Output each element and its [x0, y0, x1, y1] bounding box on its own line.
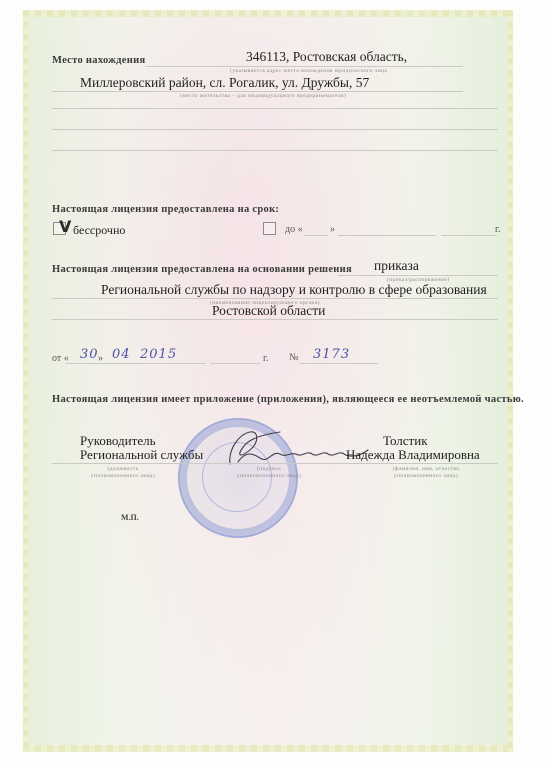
order-year-suffix: г. — [263, 353, 268, 364]
name-hint: (фамилия, имя, отчество уполномоченного … — [386, 466, 466, 480]
basis-label: Настоящая лицензия предоставлена на осно… — [52, 264, 352, 275]
location-hint-1: (указывается адрес места нахождения юрид… — [230, 68, 387, 75]
position-hint: (должность уполномоченного лица) — [88, 466, 158, 480]
until-mid: » — [330, 224, 335, 235]
location-rule-2 — [52, 91, 463, 92]
decorative-border-bottom — [23, 745, 513, 752]
signatory-position-2: Региональной службы — [80, 447, 203, 463]
signature-rule — [52, 463, 498, 464]
location-rule-1 — [145, 66, 463, 67]
decorative-border-right — [508, 10, 513, 752]
until-year-rule — [441, 235, 497, 236]
signature-hint-line-2: уполномоченного лица) — [234, 473, 304, 480]
term-label: Настоящая лицензия предоставлена на срок… — [52, 204, 279, 215]
authority-rule-2 — [52, 319, 498, 320]
position-hint-line-1: (должность — [88, 466, 158, 473]
location-rule-4 — [52, 129, 498, 130]
until-suffix: г. — [495, 224, 500, 235]
seal-placement-label: М.П. — [121, 513, 139, 522]
order-year: 2015 — [140, 347, 177, 362]
name-hint-line-1: (фамилия, имя, отчество — [386, 466, 466, 473]
order-date-rule — [66, 363, 206, 364]
name-hint-line-2: уполномоченного лица) — [386, 473, 466, 480]
order-number-label: № — [289, 352, 299, 363]
order-number-rule — [300, 363, 378, 364]
location-rule-5 — [52, 150, 498, 151]
license-page — [23, 10, 513, 752]
location-rule-3 — [52, 108, 498, 109]
order-year-rule — [210, 363, 260, 364]
signatory-given-names: Надежда Владимировна — [346, 447, 480, 463]
until-month-rule — [338, 235, 436, 236]
decision-rule — [338, 275, 498, 276]
authority-line-2: Ростовской области — [212, 303, 325, 319]
until-day-rule — [304, 235, 328, 236]
order-number: 3173 — [313, 347, 350, 362]
decision-type: приказа — [374, 258, 419, 274]
decorative-border-top — [23, 10, 513, 17]
decorative-border-left — [23, 10, 28, 752]
location-line-2: Миллеровский район, сл. Рогалик, ул. Дру… — [80, 75, 369, 91]
until-date-checkbox[interactable] — [263, 222, 276, 235]
unlimited-label: бессрочно — [73, 223, 125, 238]
authority-rule-1 — [52, 298, 498, 299]
location-hint-2: (место жительства – для индивидуального … — [180, 93, 346, 100]
location-label: Место нахождения — [52, 55, 145, 66]
authority-line-1: Региональной службы по надзору и контрол… — [101, 282, 487, 298]
signature-hint-line-1: (подпись — [234, 466, 304, 473]
checkmark-icon: V — [59, 217, 71, 236]
location-line-1: 346113, Ростовская область, — [246, 49, 407, 65]
signature-hint: (подпись уполномоченного лица) — [234, 466, 304, 480]
order-month: 04 — [112, 347, 131, 362]
order-day: 30 — [80, 347, 99, 362]
appendix-note: Настоящая лицензия имеет приложение (при… — [52, 394, 524, 405]
position-hint-line-2: уполномоченного лица) — [88, 473, 158, 480]
until-prefix: до « — [285, 224, 303, 235]
